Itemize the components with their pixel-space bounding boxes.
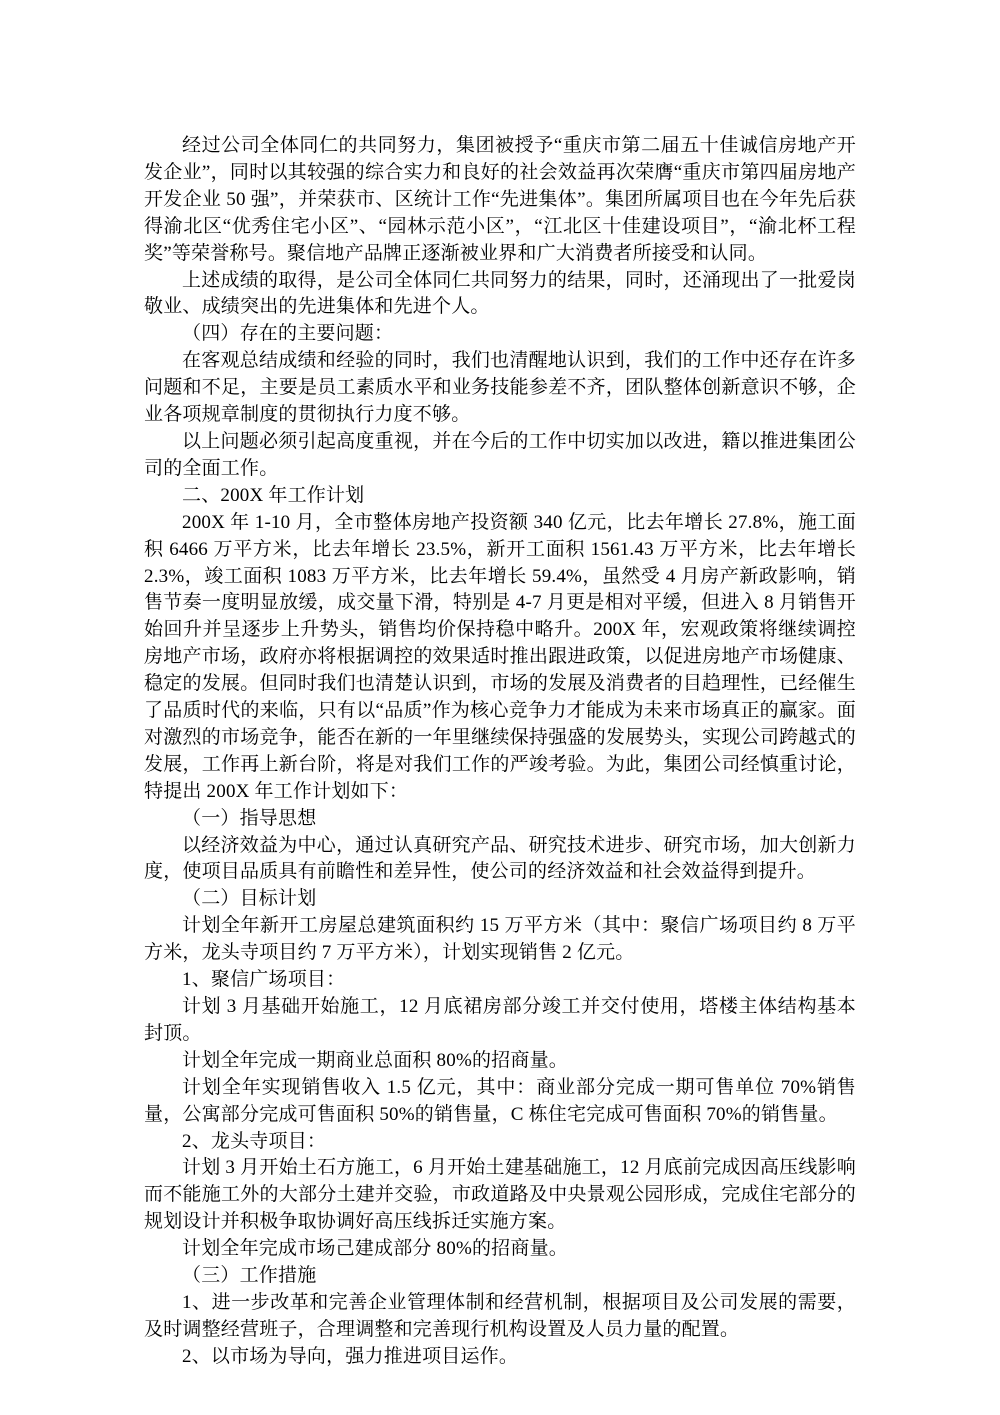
paragraph-longtousi-construction: 计划 3 月开始土石方施工，6 月开始土建基础施工，12 月底前完成因高压线影响… <box>144 1155 856 1236</box>
heading-longtousi-project: 2、龙头寺项目： <box>144 1129 856 1156</box>
heading-main-problems: （四）存在的主要问题： <box>144 321 856 348</box>
paragraph-juxin-construction: 计划 3 月基础开始施工，12 月底裙房部分竣工并交付使用，塔楼主体结构基本封顶… <box>144 994 856 1048</box>
heading-work-plan: 二、200X 年工作计划 <box>144 483 856 510</box>
paragraph-market-analysis: 200X 年 1-10 月，全市整体房地产投资额 340 亿元，比去年增长 27… <box>144 510 856 806</box>
paragraph-problems-detail: 在客观总结成绩和经验的同时，我们也清醒地认识到，我们的工作中还存在许多问题和不足… <box>144 348 856 429</box>
heading-guiding-ideology: （一）指导思想 <box>144 806 856 833</box>
heading-work-measures: （三）工作措施 <box>144 1263 856 1290</box>
heading-juxin-plaza-project: 1、聚信广场项目： <box>144 967 856 994</box>
heading-target-plan: （二）目标计划 <box>144 886 856 913</box>
document-page: 经过公司全体同仁的共同努力，集团被授予“重庆市第二届五十佳诚信房地产开发企业”，… <box>144 0 856 1371</box>
paragraph-improvement-note: 以上问题必须引起高度重视，并在今后的工作中切实加以改进，籍以推进集团公司的全面工… <box>144 429 856 483</box>
paragraph-measure-2: 2、以市场为导向，强力推进项目运作。 <box>144 1344 856 1371</box>
paragraph-target-overview: 计划全年新开工房屋总建筑面积约 15 万平方米（其中：聚信广场项目约 8 万平方… <box>144 913 856 967</box>
paragraph-longtousi-leasing: 计划全年完成市场己建成部分 80%的招商量。 <box>144 1236 856 1263</box>
paragraph-measure-1: 1、进一步改革和完善企业管理体制和经营机制，根据项目及公司发展的需要，及时调整经… <box>144 1290 856 1344</box>
paragraph-juxin-leasing: 计划全年完成一期商业总面积 80%的招商量。 <box>144 1048 856 1075</box>
paragraph-juxin-sales: 计划全年实现销售收入 1.5 亿元，其中：商业部分完成一期可售单位 70%销售量… <box>144 1075 856 1129</box>
paragraph-guiding-ideology: 以经济效益为中心，通过认真研究产品、研究技术进步、研究市场，加大创新力度，使项目… <box>144 833 856 887</box>
paragraph-honors: 经过公司全体同仁的共同努力，集团被授予“重庆市第二届五十佳诚信房地产开发企业”，… <box>144 133 856 268</box>
paragraph-achievements-summary: 上述成绩的取得，是公司全体同仁共同努力的结果，同时，还涌现出了一批爱岗敬业、成绩… <box>144 268 856 322</box>
